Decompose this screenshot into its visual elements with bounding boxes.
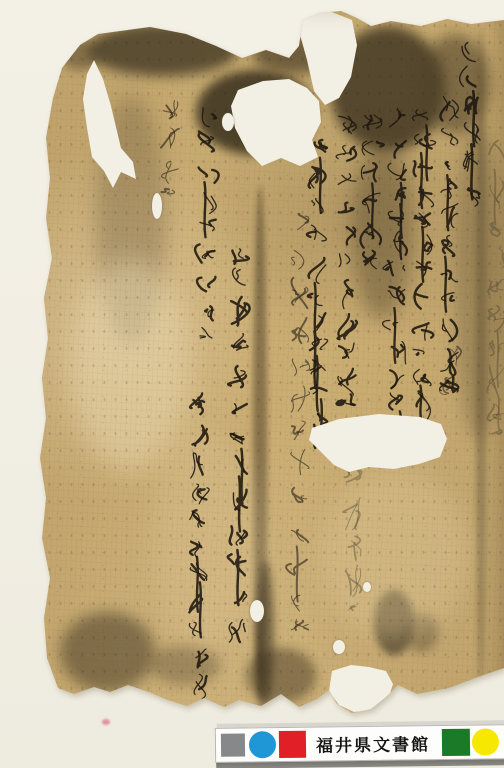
calligraphy-column-strokes (465, 77, 479, 200)
calligraphy-column-strokes (440, 102, 458, 392)
calligraphy-column-strokes (228, 251, 250, 642)
fold-line (476, 28, 486, 688)
calligraphy-column-strokes (413, 125, 434, 420)
stain (252, 34, 342, 74)
calligraphy-column-strokes (360, 116, 383, 265)
paper-grain-texture (0, 0, 504, 768)
paper-hole (0, 0, 504, 768)
fold-line (253, 185, 267, 705)
calligraphy-column-strokes (229, 249, 248, 642)
calligraphy-column-strokes (440, 97, 459, 393)
calligraphy-column-strokes (336, 116, 356, 405)
calligraphy-column-strokes (487, 185, 504, 420)
stain (60, 40, 100, 70)
calligraphy-column-strokes (336, 147, 356, 405)
swatch-gray-square (221, 733, 245, 756)
stain (374, 590, 414, 655)
stain (60, 612, 155, 692)
stain (150, 645, 220, 685)
swatch-red-square (279, 731, 306, 758)
paper-hole (250, 600, 264, 622)
paper-hole (222, 113, 234, 131)
calligraphy-column-strokes (161, 105, 179, 192)
light-patch (320, 470, 470, 640)
stain (420, 34, 490, 134)
calligraphy-column-strokes (307, 140, 327, 448)
calligraphy-column-strokes (162, 101, 179, 194)
calligraphy-column-strokes (189, 453, 209, 699)
calligraphy-column-strokes (361, 115, 382, 269)
manuscript-paper (0, 0, 504, 768)
calligraphy-column-strokes (286, 214, 308, 630)
light-patch (70, 260, 190, 470)
stain (330, 26, 445, 151)
photo-frame: 福井県文書館 (0, 0, 504, 768)
calligraphy-column-strokes (309, 144, 327, 440)
manuscript-paper-wrapper (0, 0, 504, 768)
calligraphy-layer (0, 0, 504, 768)
calligraphy-column-strokes (487, 140, 504, 434)
swatch-green-square (442, 729, 470, 756)
stain (96, 95, 166, 345)
calligraphy-column-strokes (383, 109, 406, 436)
paper-hole (0, 0, 504, 768)
archive-label: 福井県文書館 (306, 730, 440, 757)
stain (352, 140, 412, 320)
color-calibration-bar: 福井県文書館 (215, 720, 504, 768)
paper-hole (0, 0, 504, 768)
paper-hole (152, 193, 162, 219)
fold-line (256, 560, 274, 710)
stain (196, 70, 316, 155)
calligraphy-column-strokes (460, 43, 480, 206)
paper-hole (0, 0, 504, 768)
swatch-blue-circle (249, 731, 276, 758)
calligraphy-column-strokes (200, 108, 216, 338)
calligraphy-column-strokes (386, 115, 407, 436)
paper-hole (0, 0, 504, 768)
swatch-yellow-circle (472, 728, 499, 755)
calligraphy-column-strokes (189, 394, 207, 690)
calligraphy-column-strokes (443, 346, 461, 393)
light-patch (150, 430, 260, 650)
stain (404, 612, 438, 652)
calligraphy-column-strokes (343, 465, 362, 610)
stain (88, 24, 238, 76)
paper-hole (363, 582, 371, 592)
calligraphy-column-strokes (346, 458, 361, 610)
ruler-strip: 福井県文書館 (215, 724, 504, 763)
paper-hole (333, 640, 345, 654)
calligraphy-column-strokes (195, 114, 219, 320)
stain (455, 120, 501, 440)
stain (246, 648, 316, 703)
calligraphy-column-strokes (439, 349, 457, 395)
calligraphy-column-strokes (412, 110, 435, 419)
calligraphy-column-strokes (291, 216, 310, 630)
